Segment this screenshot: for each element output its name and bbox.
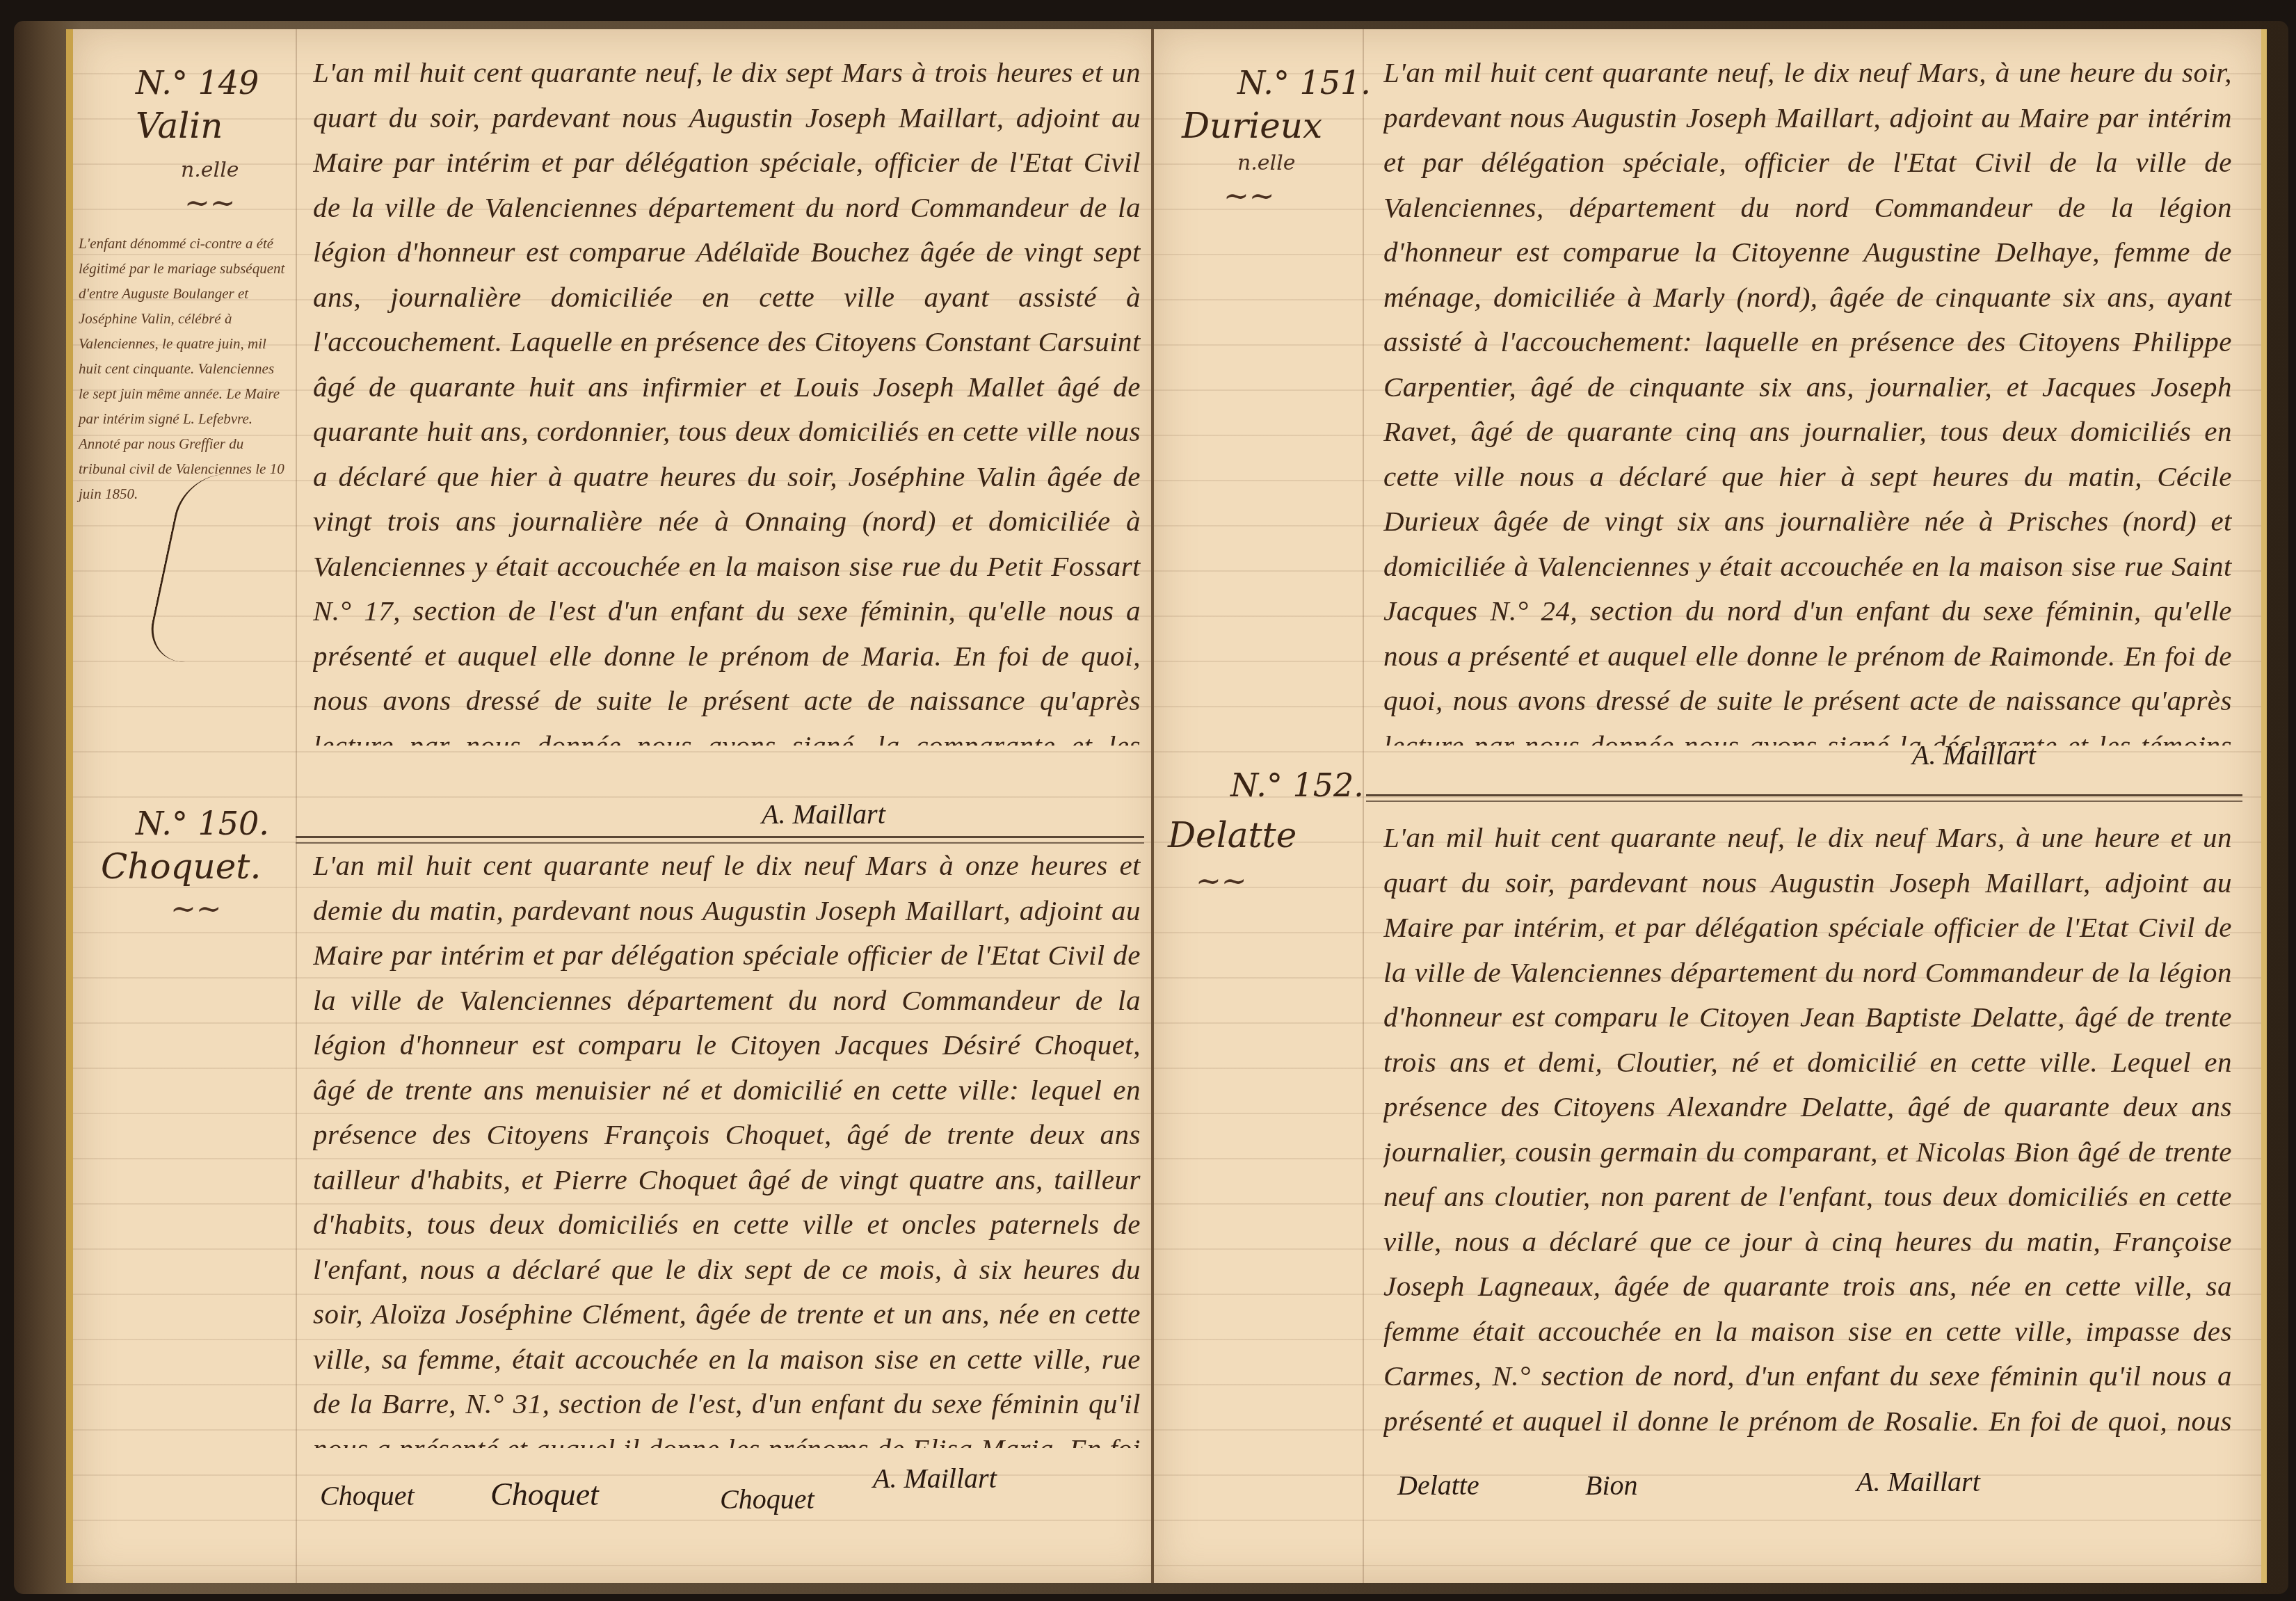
entry-surname: Delatte [1168, 815, 1296, 855]
flourish-icon: ~~ [170, 892, 222, 927]
right-page: N.° 151. Durieux n.elle ~~ L'an mil huit… [1154, 29, 2267, 1583]
entry-surname: Valin [136, 106, 223, 146]
entry-gender-note: n.elle [1237, 151, 1296, 175]
entry-divider [1366, 794, 2242, 802]
declarant-signature: Choquet [720, 1483, 814, 1515]
declarant-signature: Delatte [1397, 1469, 1479, 1502]
flourish-icon: ~~ [1196, 864, 1247, 899]
entry-surname: Choquet. [101, 846, 261, 887]
entry-surname: Durieux [1182, 106, 1322, 146]
flourish-icon: ~~ [1223, 179, 1275, 214]
margin-annotation: L'enfant dénommé ci-contre a été légitim… [79, 231, 287, 506]
margin-rule [1363, 29, 1364, 1583]
entry-body: L'an mil huit cent quarante neuf le dix … [313, 843, 1141, 1448]
officer-signature: A. Maillart [1856, 1465, 1980, 1498]
entry-number: N.° 151. [1237, 64, 1371, 102]
officer-signature: A. Maillart [873, 1462, 997, 1495]
entry-number: N.° 150. [136, 805, 269, 842]
flourish-icon: ~~ [184, 186, 236, 221]
entry-body: L'an mil huit cent quarante neuf, le dix… [1383, 815, 2232, 1455]
officer-signature: A. Maillart [762, 798, 885, 830]
witness-signature: Bion [1585, 1469, 1638, 1502]
witness-signature: Choquet [490, 1476, 599, 1513]
left-page: N.° 149 Valin n.elle ~~ L'enfant dénommé… [66, 29, 1159, 1583]
entry-body: L'an mil huit cent quarante neuf, le dix… [1383, 50, 2232, 746]
entry-number: N.° 152. [1230, 766, 1364, 804]
entry-gender-note: n.elle [181, 158, 239, 182]
officer-signature: A. Maillart [1912, 739, 2036, 771]
entry-number: N.° 149 [136, 64, 259, 102]
witness-signature: Choquet [320, 1479, 415, 1512]
margin-rule [296, 29, 297, 1583]
entry-body: L'an mil huit cent quarante neuf, le dix… [313, 50, 1141, 746]
